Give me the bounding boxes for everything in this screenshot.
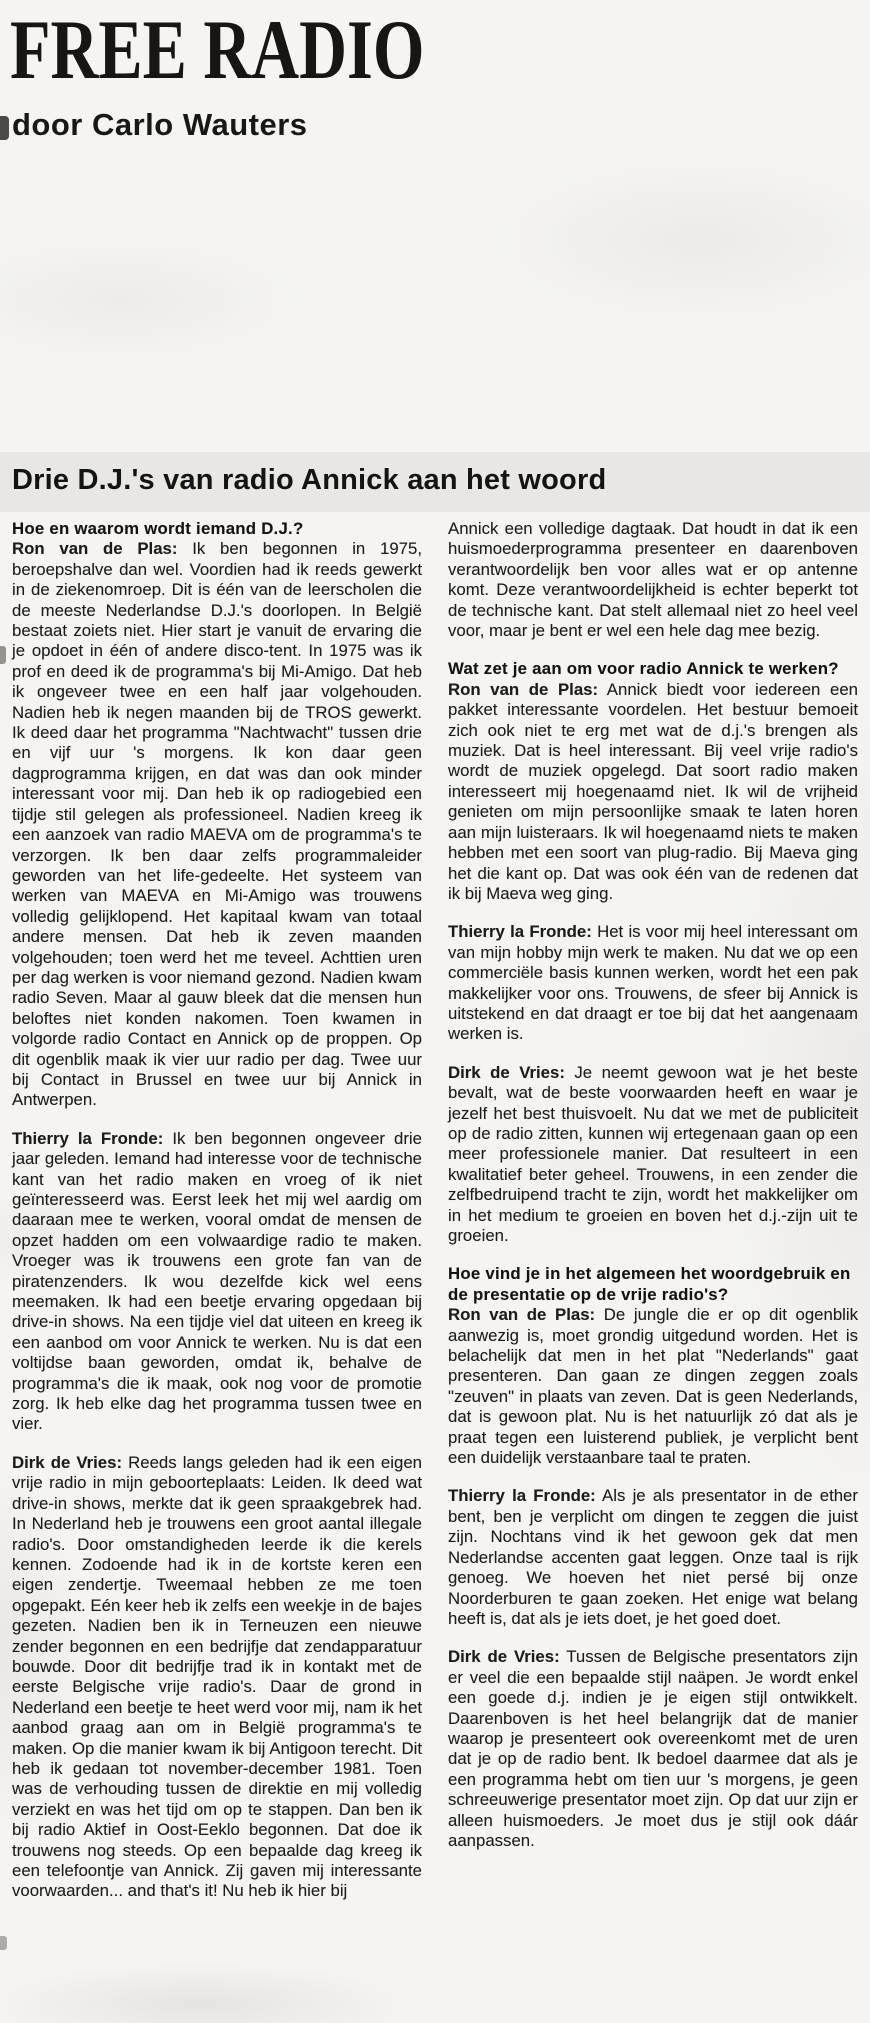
answer-paragraph: Ron van de Plas: De jungle die er op dit… (448, 1305, 858, 1468)
speaker-name: Dirk de Vries: (448, 1063, 565, 1082)
answer-text: Reeds langs geleden had ik een eigen vri… (12, 1453, 422, 1901)
answer-text: Als je als presentator in de ether bent,… (448, 1486, 858, 1627)
answer-text: Annick een volledige dagtaak. Dat houdt … (448, 519, 858, 640)
answer-text: Tussen de Belgische presentators zijn er… (448, 1647, 858, 1850)
answer-continuation-paragraph: Annick een volledige dagtaak. Dat houdt … (448, 519, 858, 641)
scan-ink-mark (0, 116, 9, 140)
question-heading: Hoe vind je in het algemeen het woordgeb… (448, 1264, 858, 1305)
scanned-magazine-page: FREE RADIO door Carlo Wauters Drie D.J.'… (0, 0, 870, 2023)
answer-text: Ik ben begonnen in 1975, beroepshalve da… (12, 539, 422, 1109)
article-headline: Drie D.J.'s van radio Annick aan het woo… (12, 464, 606, 497)
byline: door Carlo Wauters (12, 107, 308, 143)
answer-text: Je neemt gewoon wat je het beste bevalt,… (448, 1063, 858, 1245)
scan-ink-mark (0, 646, 6, 664)
article-column-right: Annick een volledige dagtaak. Dat houdt … (448, 519, 858, 1920)
answer-text: Annick biedt voor iedereen een pakket in… (448, 680, 858, 903)
speaker-name: Thierry la Fronde: (448, 922, 592, 941)
speaker-name: Dirk de Vries: (448, 1647, 560, 1666)
answer-paragraph: Dirk de Vries: Je neemt gewoon wat je he… (448, 1063, 858, 1247)
speaker-name: Thierry la Fronde: (448, 1486, 596, 1505)
question-heading: Wat zet je aan om voor radio Annick te w… (448, 659, 858, 679)
answer-paragraph: Thierry la Fronde: Als je als presentato… (448, 1486, 858, 1629)
article-column-left: Hoe en waarom wordt iemand D.J.? Ron van… (12, 519, 422, 1920)
answer-paragraph: Thierry la Fronde: Het is voor mij heel … (448, 922, 858, 1044)
answer-paragraph: Ron van de Plas: Ik ben begonnen in 1975… (12, 539, 422, 1110)
answer-text: Ik ben begonnen ongeveer drie jaar geled… (12, 1129, 422, 1434)
answer-text: De jungle die er op dit ogenblik aanwezi… (448, 1305, 858, 1467)
article-columns: Hoe en waarom wordt iemand D.J.? Ron van… (12, 519, 858, 1920)
masthead-title: FREE RADIO (10, 8, 424, 93)
speaker-name: Ron van de Plas: (12, 539, 177, 558)
speaker-name: Dirk de Vries: (12, 1453, 122, 1472)
speaker-name: Ron van de Plas: (448, 680, 598, 699)
answer-paragraph: Dirk de Vries: Reeds langs geleden had i… (12, 1453, 422, 1902)
speaker-name: Thierry la Fronde: (12, 1129, 163, 1148)
speaker-name: Ron van de Plas: (448, 1305, 595, 1324)
answer-paragraph: Dirk de Vries: Tussen de Belgische prese… (448, 1647, 858, 1851)
answer-paragraph: Thierry la Fronde: Ik ben begonnen ongev… (12, 1129, 422, 1435)
scan-ink-mark (0, 1936, 7, 1950)
answer-paragraph: Ron van de Plas: Annick biedt voor ieder… (448, 680, 858, 904)
question-heading: Hoe en waarom wordt iemand D.J.? (12, 519, 422, 539)
